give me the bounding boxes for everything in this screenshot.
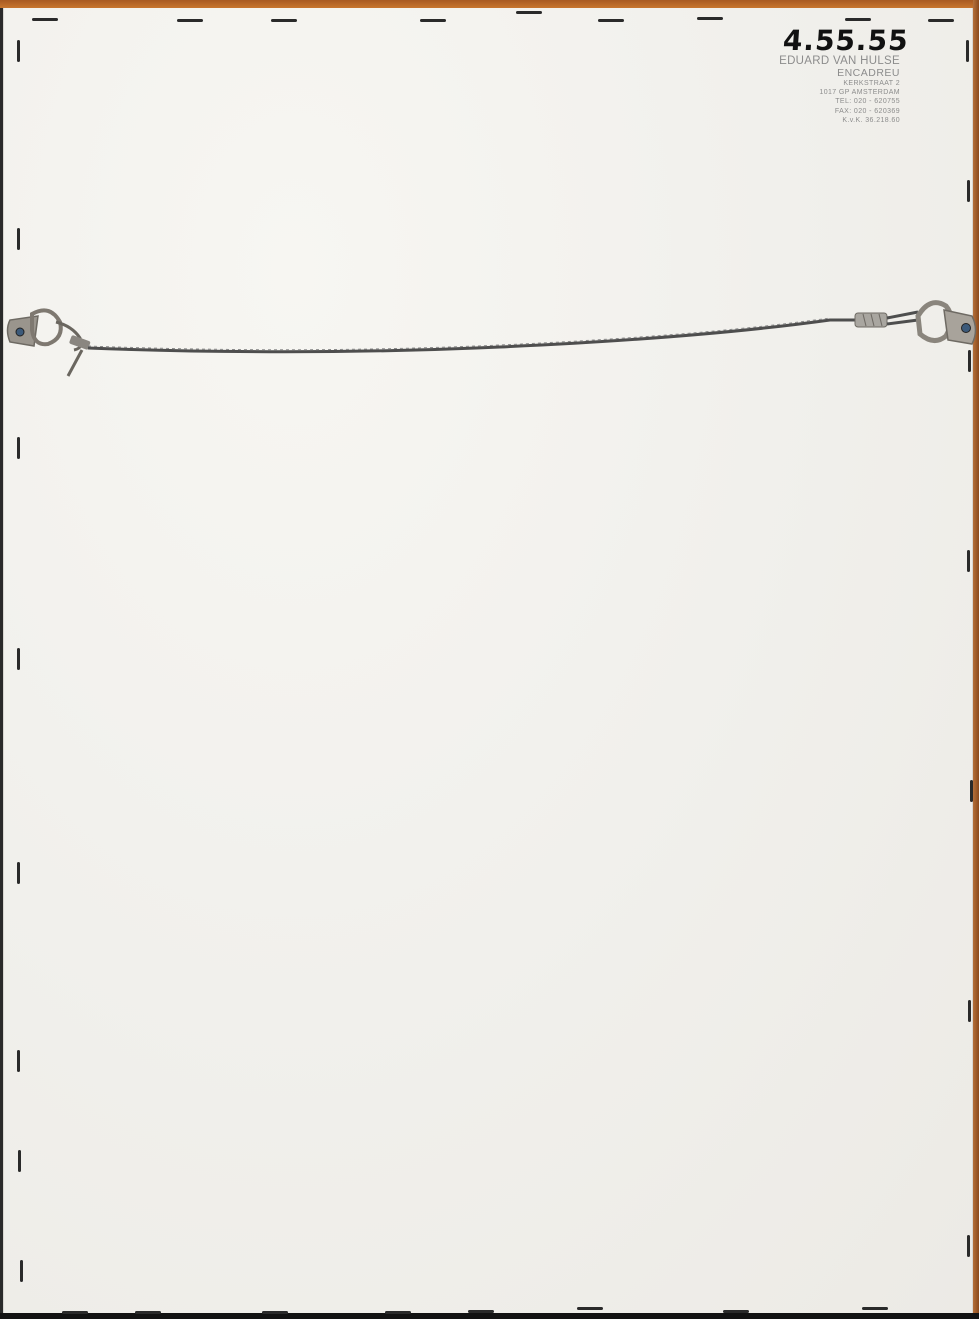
left-d-ring-hanger-icon <box>8 310 91 376</box>
hanging-hardware <box>0 0 979 1319</box>
hanging-wire <box>88 320 858 352</box>
right-d-ring-hanger-icon <box>918 303 976 344</box>
